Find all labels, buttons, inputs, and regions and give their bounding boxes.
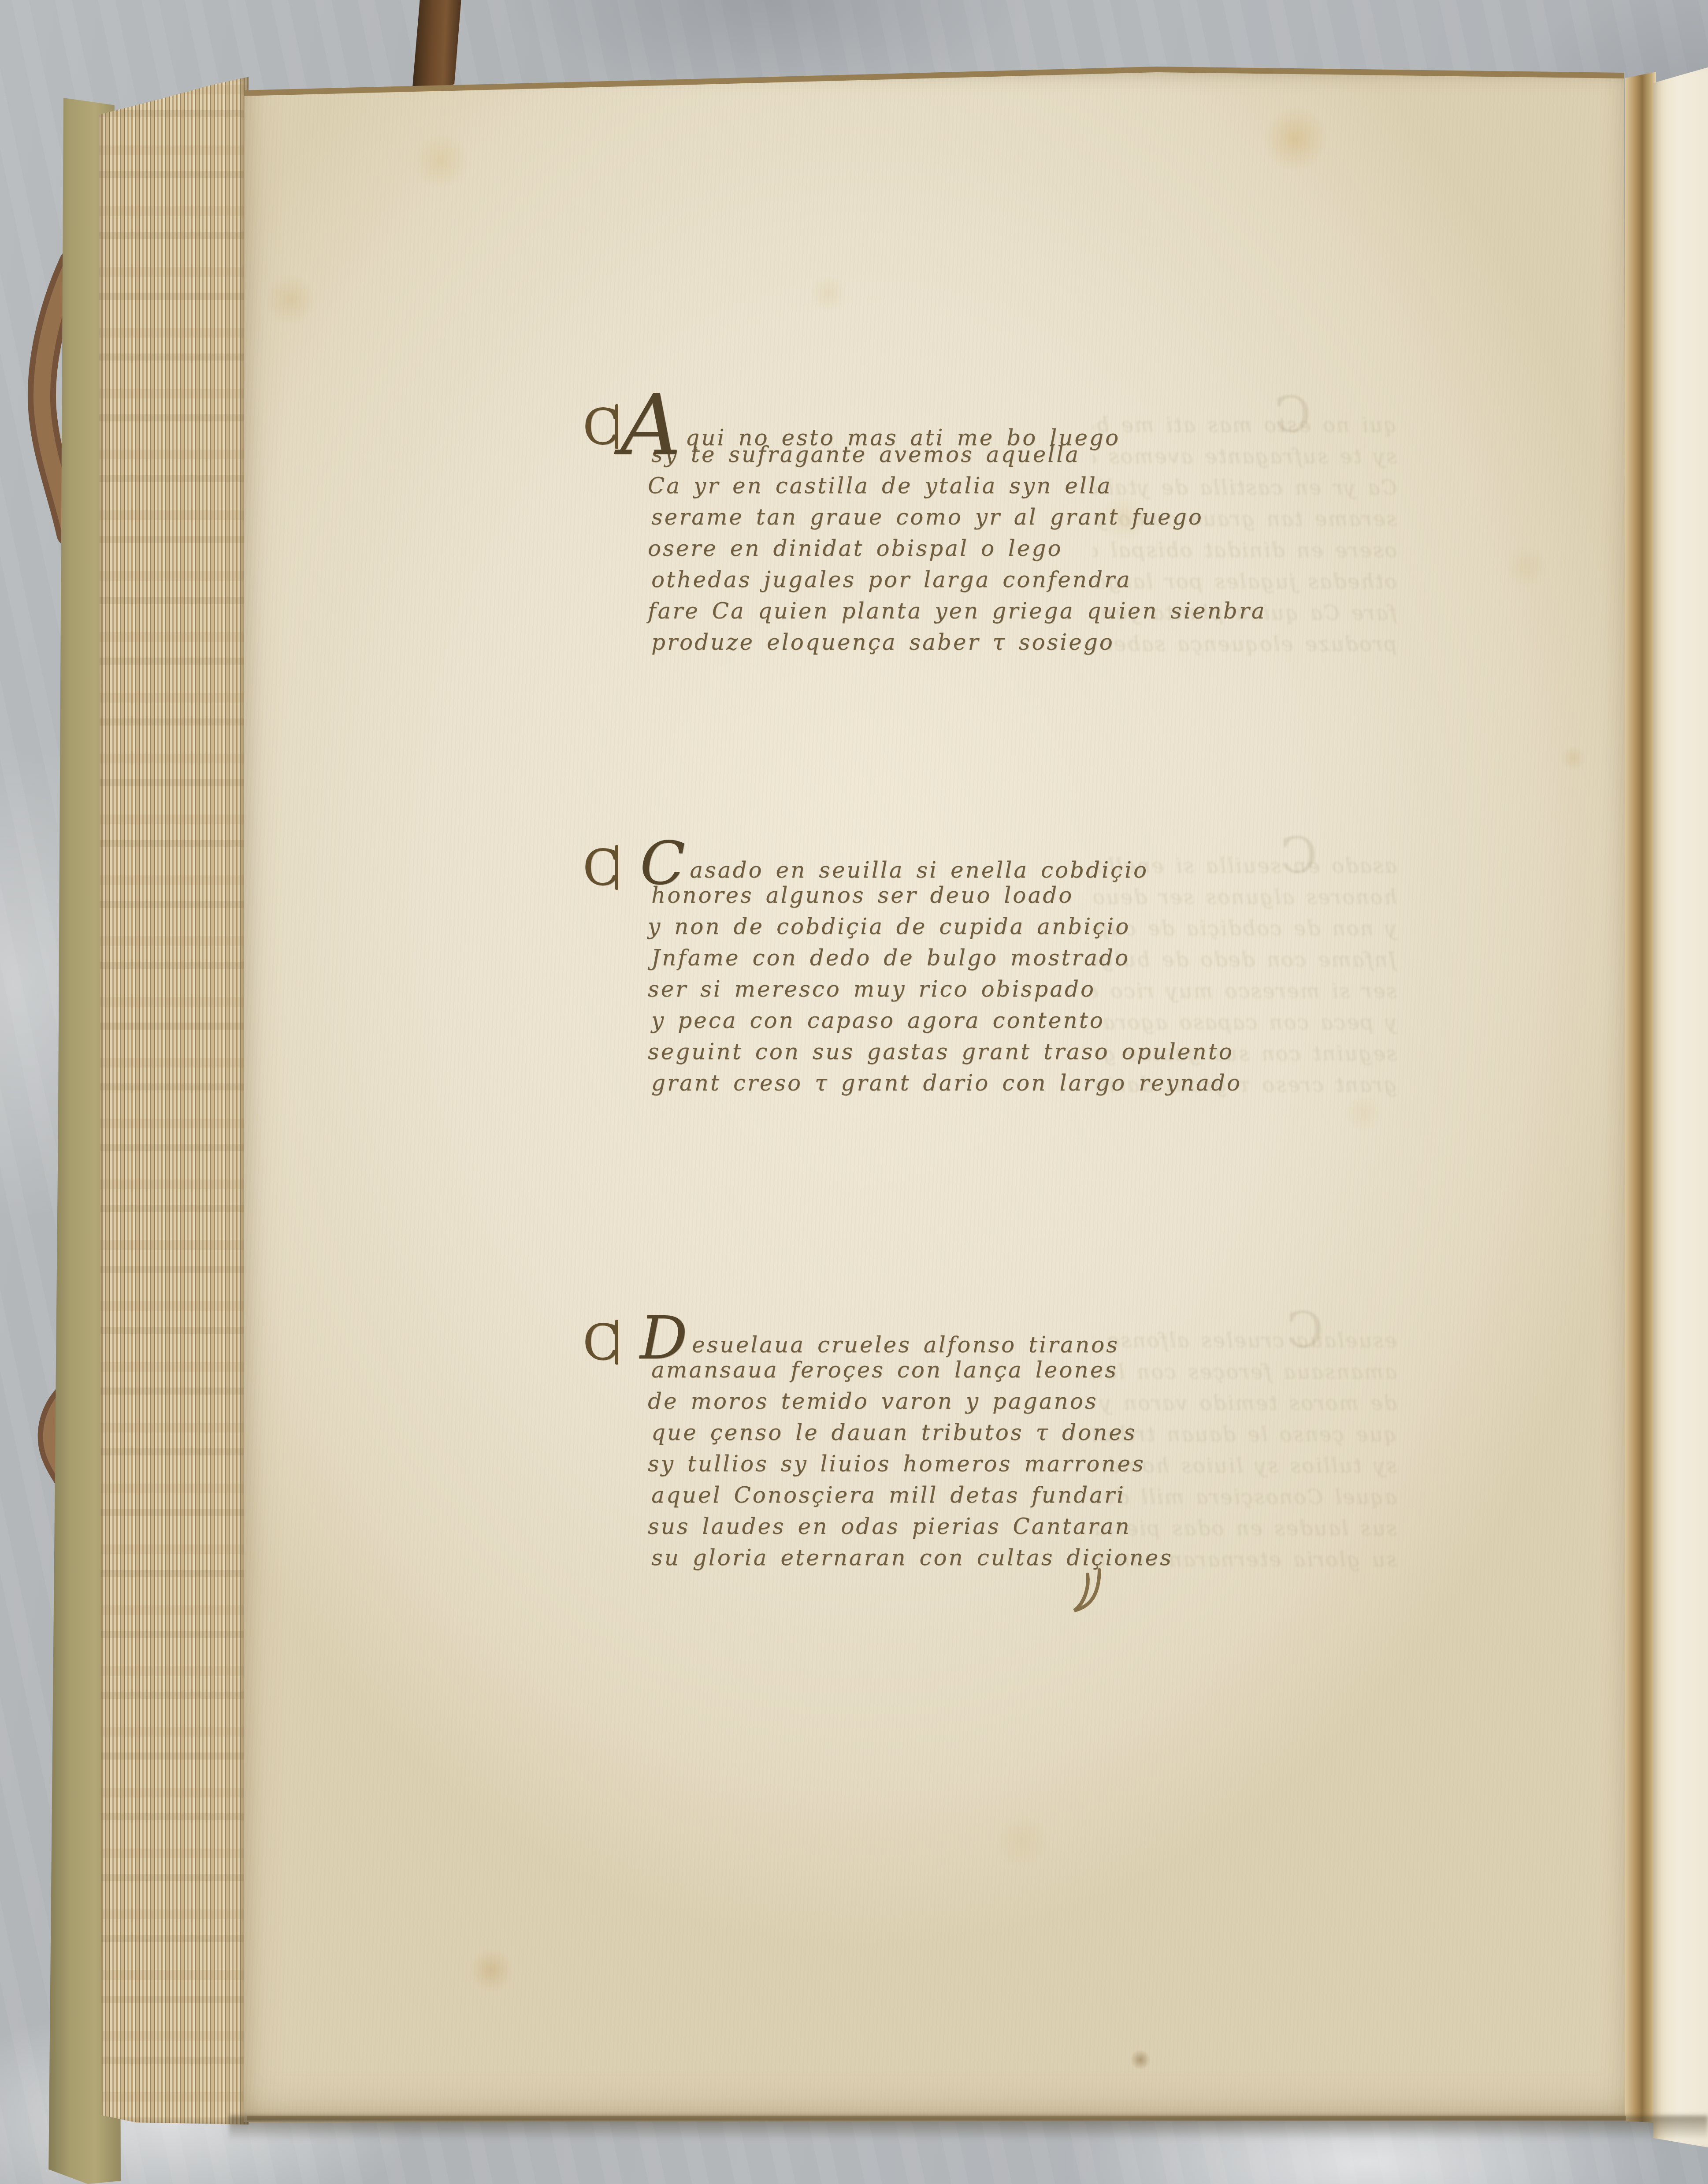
scribal-flourish-tail: [1074, 1570, 1099, 1611]
flourish-layer: [0, 0, 1708, 2184]
photograph-of-open-manuscript: CAqui no esto mas ati me bo luegosy te s…: [0, 0, 1708, 2184]
book-bottom-shadow: [229, 2116, 1708, 2140]
